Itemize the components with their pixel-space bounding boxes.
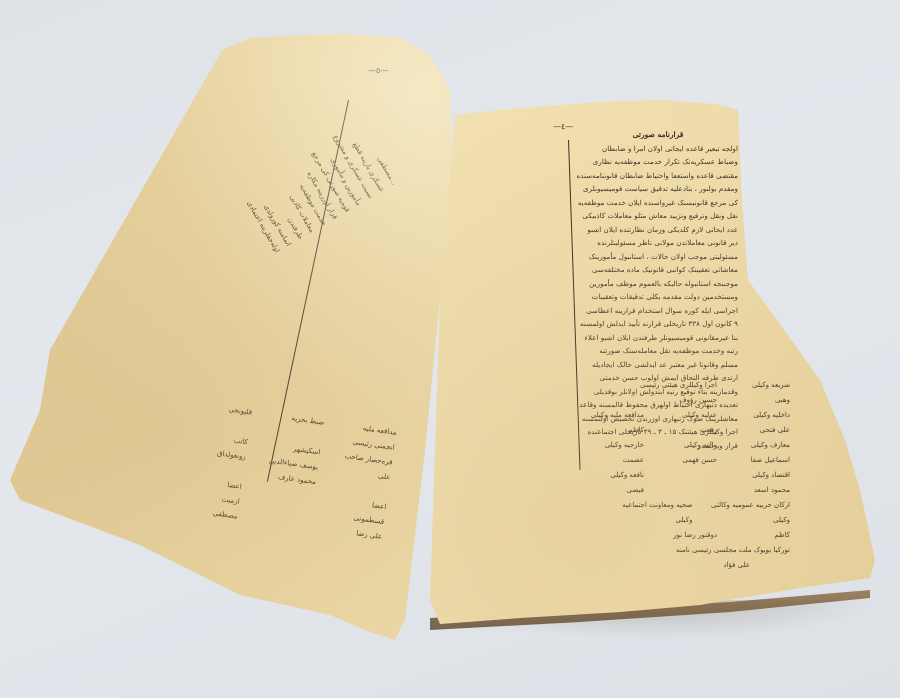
signature: ارکان حربیه عمومیه وکالتی وکیلی <box>710 498 790 528</box>
body-line: وقدمارینه بناء توقیع رتبه ابتدولش اولانل… <box>578 385 738 399</box>
signature: زونغولداق <box>188 443 247 480</box>
body-line: قرار ویرلشدر . <box>578 439 738 453</box>
signature: اعضا <box>186 472 243 495</box>
right-text-column: قرارنامه صورتی اولجه تبعیر قاعده ایجاتی … <box>578 128 738 452</box>
signature: اعضا <box>331 493 388 516</box>
signature <box>662 468 717 483</box>
body-line: اتمامنه کورولدی <box>233 156 295 249</box>
signature: محمود اسعد <box>735 483 790 498</box>
body-line: وضباط عسکریه‌نک تکرار خدمت موظفه‌یه نظار… <box>578 155 738 169</box>
signature: ضبط بحریه <box>267 408 326 445</box>
signature: صحیه ومعاونت اجتماعیه وکیلی <box>620 498 692 528</box>
signature: عدلیه وکیلی <box>662 408 717 423</box>
signature: اسماعیل صفا <box>735 453 790 468</box>
body-line: اولجه تبعیر قاعده ایجاتی اولان امرا و ضا… <box>578 142 738 156</box>
body-line: ۹ کانون اول ۳۳۸ تاریخلی قرارنه تأیید اید… <box>578 317 738 331</box>
body-line: کی مرجع قانونیسنک غیرواسنده ایلان خدمت م… <box>578 196 738 210</box>
signature: کاظم <box>735 528 790 543</box>
signature: شریعه وکیلی <box>735 378 790 393</box>
signature: اجرا وکیللری هیئتی رئیسی <box>640 378 717 393</box>
signature: نافعه وکیلی <box>589 468 644 483</box>
left-page-number: —٥— <box>368 66 388 75</box>
body-line: موجبنجه استانبوله حالبکه بالعموم موظف مأ… <box>578 277 738 291</box>
signature: قره‌حصار صاحب <box>337 448 394 471</box>
signature: دوقتور رضا نور <box>662 528 717 543</box>
right-signature-list: شریعه وکیلیاجرا وکیللری هیئتی رئیسی وهبی… <box>620 378 790 573</box>
signature: رفعت <box>662 423 717 438</box>
document-title: قرارنامه صورتی <box>578 128 738 142</box>
signature: مداقعه ملیه انجمنی رئیسی <box>339 418 398 455</box>
signature <box>254 512 311 535</box>
body-line: مسئولیتی موجب اولان حالات ، استانبول مأم… <box>578 250 738 264</box>
body-line: خدمت موظفه‌یه <box>268 136 330 229</box>
signature: حسن فهمی <box>662 453 717 468</box>
signature: داخلیه وکیلی <box>735 408 790 423</box>
left-signature-list: مداقعه ملیه انجمنی رئیسیضبط بحریهقلیونجی… <box>232 405 397 545</box>
body-line: قرار اوزرینه مکاره <box>280 129 342 222</box>
signature: مدافعه ملیه وکیلی <box>589 408 644 423</box>
body-line: معاشاتی تعقیبنک کواتبی قانونیک ماده مختل… <box>578 263 738 277</box>
body-line: نسبت عسکری و مشروع <box>315 109 377 202</box>
body-line: عدد ایجاتی لازم کلدیکی وزمان نظارتنده ای… <box>578 223 738 237</box>
signature: فیضی <box>589 483 644 498</box>
right-margin-rule <box>568 140 581 470</box>
signature: علی <box>333 463 392 500</box>
signature: تورکیا بویوک ملت مجلسی رئیسی نامنه <box>676 543 790 558</box>
signature: حسین رؤوف <box>662 393 717 408</box>
signature: یوسف ضیاءالدین محمود عارف <box>260 453 319 490</box>
signature: وهبی <box>735 393 790 408</box>
body-line: مقتضی قاعده واستعفا واحتیاط ضابطان قانون… <box>578 169 738 183</box>
signature: علی فؤاد <box>695 558 750 573</box>
left-text-column: ...مصطفی عسکری بارینه قطع نسبت عسکری و م… <box>221 95 400 256</box>
photo-scene: —٤— قرارنامه صورتی اولجه تبعیر قاعده ایج… <box>0 0 900 698</box>
signature: قسطمونی <box>329 507 386 530</box>
body-line: طرفندن <box>245 149 307 242</box>
left-margin-rule <box>267 100 349 482</box>
body-line: ارتدی طرفه التحاق ایمش اولوب حسن خدمتی <box>578 371 738 385</box>
signature: اسکیشهر <box>265 438 322 461</box>
signature <box>256 497 313 520</box>
body-line: اجراسی ایله کوره سوال استخدام قرارینه اع… <box>578 304 738 318</box>
body-line: تعدیده دتبهاری احتیاط اولهرق محفوظ قالمس… <box>578 398 738 412</box>
signature: قلیونجی <box>194 398 253 435</box>
body-line: مأمورین و مأموری <box>303 115 365 208</box>
body-line: دیر قانونی معاملاتدن مولانی ناظر مسئولیت… <box>578 236 738 250</box>
signature <box>662 483 717 498</box>
body-line: ومقدم بولنور ، بنادعلیه تدقیق سیاست قومی… <box>578 182 738 196</box>
body-line: نقل ونقل وترفیع وتزیید معاش مثلو معاملات… <box>578 209 738 223</box>
signature: کاظم <box>589 423 644 438</box>
body-line: رتبه وخدمت موظفه‌یه نقل معامله‌سنک صورتن… <box>578 344 738 358</box>
signature: علی فتحی <box>735 423 790 438</box>
body-line: عسکری بارینه قطع <box>327 102 389 195</box>
signature: کاتب <box>192 428 249 451</box>
signature: معارف وکیلی <box>735 438 790 453</box>
signature: عصمت <box>589 453 644 468</box>
body-line: ...مصطفی <box>338 95 400 188</box>
body-line: معاشلرینک صوک رتبهاری اوزرندن تخصیص اولن… <box>578 412 738 426</box>
signature: مالیه وکیلی <box>662 438 717 453</box>
signature: علی رضا <box>326 522 383 545</box>
right-page-number: —٤— <box>553 122 573 131</box>
signature <box>258 482 315 505</box>
body-line: اوله‌جقلرینه اعتمادی <box>221 163 283 256</box>
signature: مصطفی <box>182 502 239 525</box>
signature: خارجیه وکیلی <box>589 438 644 453</box>
body-line: مسلم وقانونا غیر معتبر عد ایدلشی حالک ای… <box>578 358 738 372</box>
signature: اقتصاد وکیلی <box>735 468 790 483</box>
body-line: بنا عیرمقانونی قومیسیونلر طرفندن ایلان ا… <box>578 331 738 345</box>
body-line: قوه‌یه صورتی کی مرجع <box>292 122 354 215</box>
body-line: ومستخدمین دولت مقدمه بکلی تدقیقات وتعقیب… <box>578 290 738 304</box>
signature: ازمیت <box>184 487 241 510</box>
body-line: اجرا وکیللری هیئتنک ۱۵ ـ ۳ ـ ۳۹ تاریخلی … <box>578 425 738 439</box>
body-line: معاملات کاذبی <box>256 142 318 235</box>
